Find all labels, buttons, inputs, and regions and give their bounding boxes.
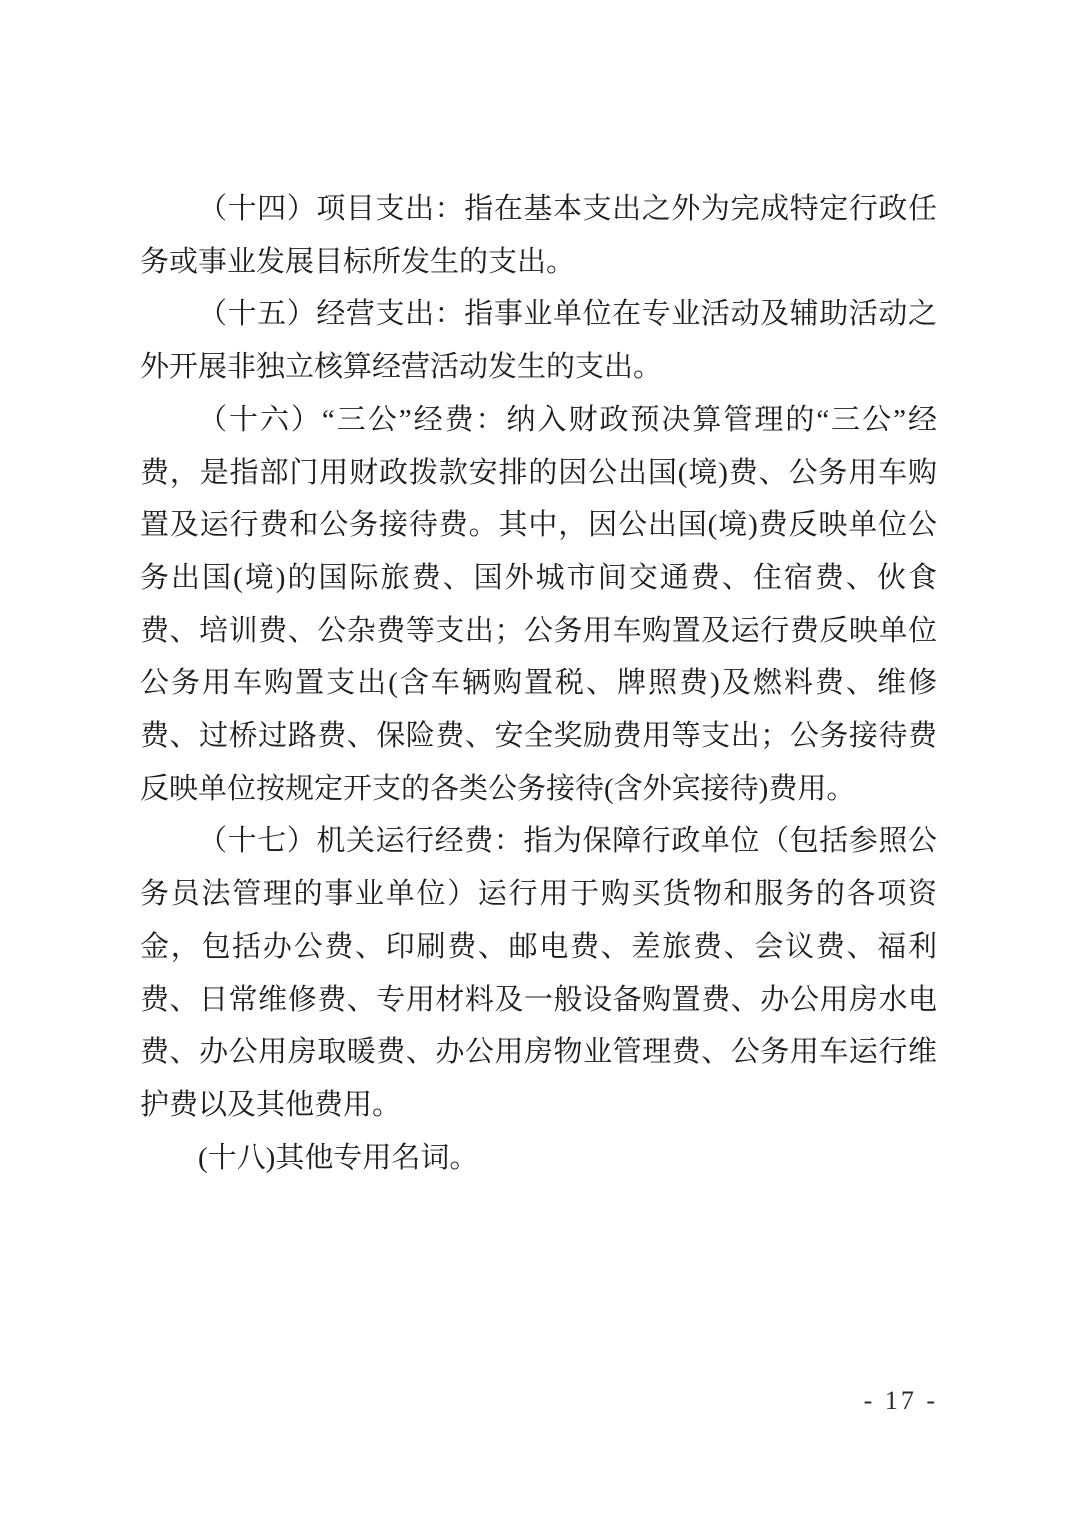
document-body: （十四）项目支出：指在基本支出之外为完成特定行政任务或事业发展目标所发生的支出。… bbox=[140, 183, 937, 1184]
paragraph-item-18: (十八)其他专用名词。 bbox=[140, 1132, 937, 1185]
paragraph-item-17: （十七）机关运行经费：指为保障行政单位（包括参照公务员法管理的事业单位）运行用于… bbox=[140, 815, 937, 1131]
document-page: （十四）项目支出：指在基本支出之外为完成特定行政任务或事业发展目标所发生的支出。… bbox=[0, 0, 1074, 1520]
paragraph-item-15: （十五）经营支出：指事业单位在专业活动及辅助活动之外开展非独立核算经营活动发生的… bbox=[140, 288, 937, 393]
paragraph-item-14: （十四）项目支出：指在基本支出之外为完成特定行政任务或事业发展目标所发生的支出。 bbox=[140, 183, 937, 288]
paragraph-item-16: （十六）“三公”经费：纳入财政预决算管理的“三公”经费，是指部门用财政拨款安排的… bbox=[140, 394, 937, 816]
page-number: - 17 - bbox=[864, 1386, 938, 1416]
